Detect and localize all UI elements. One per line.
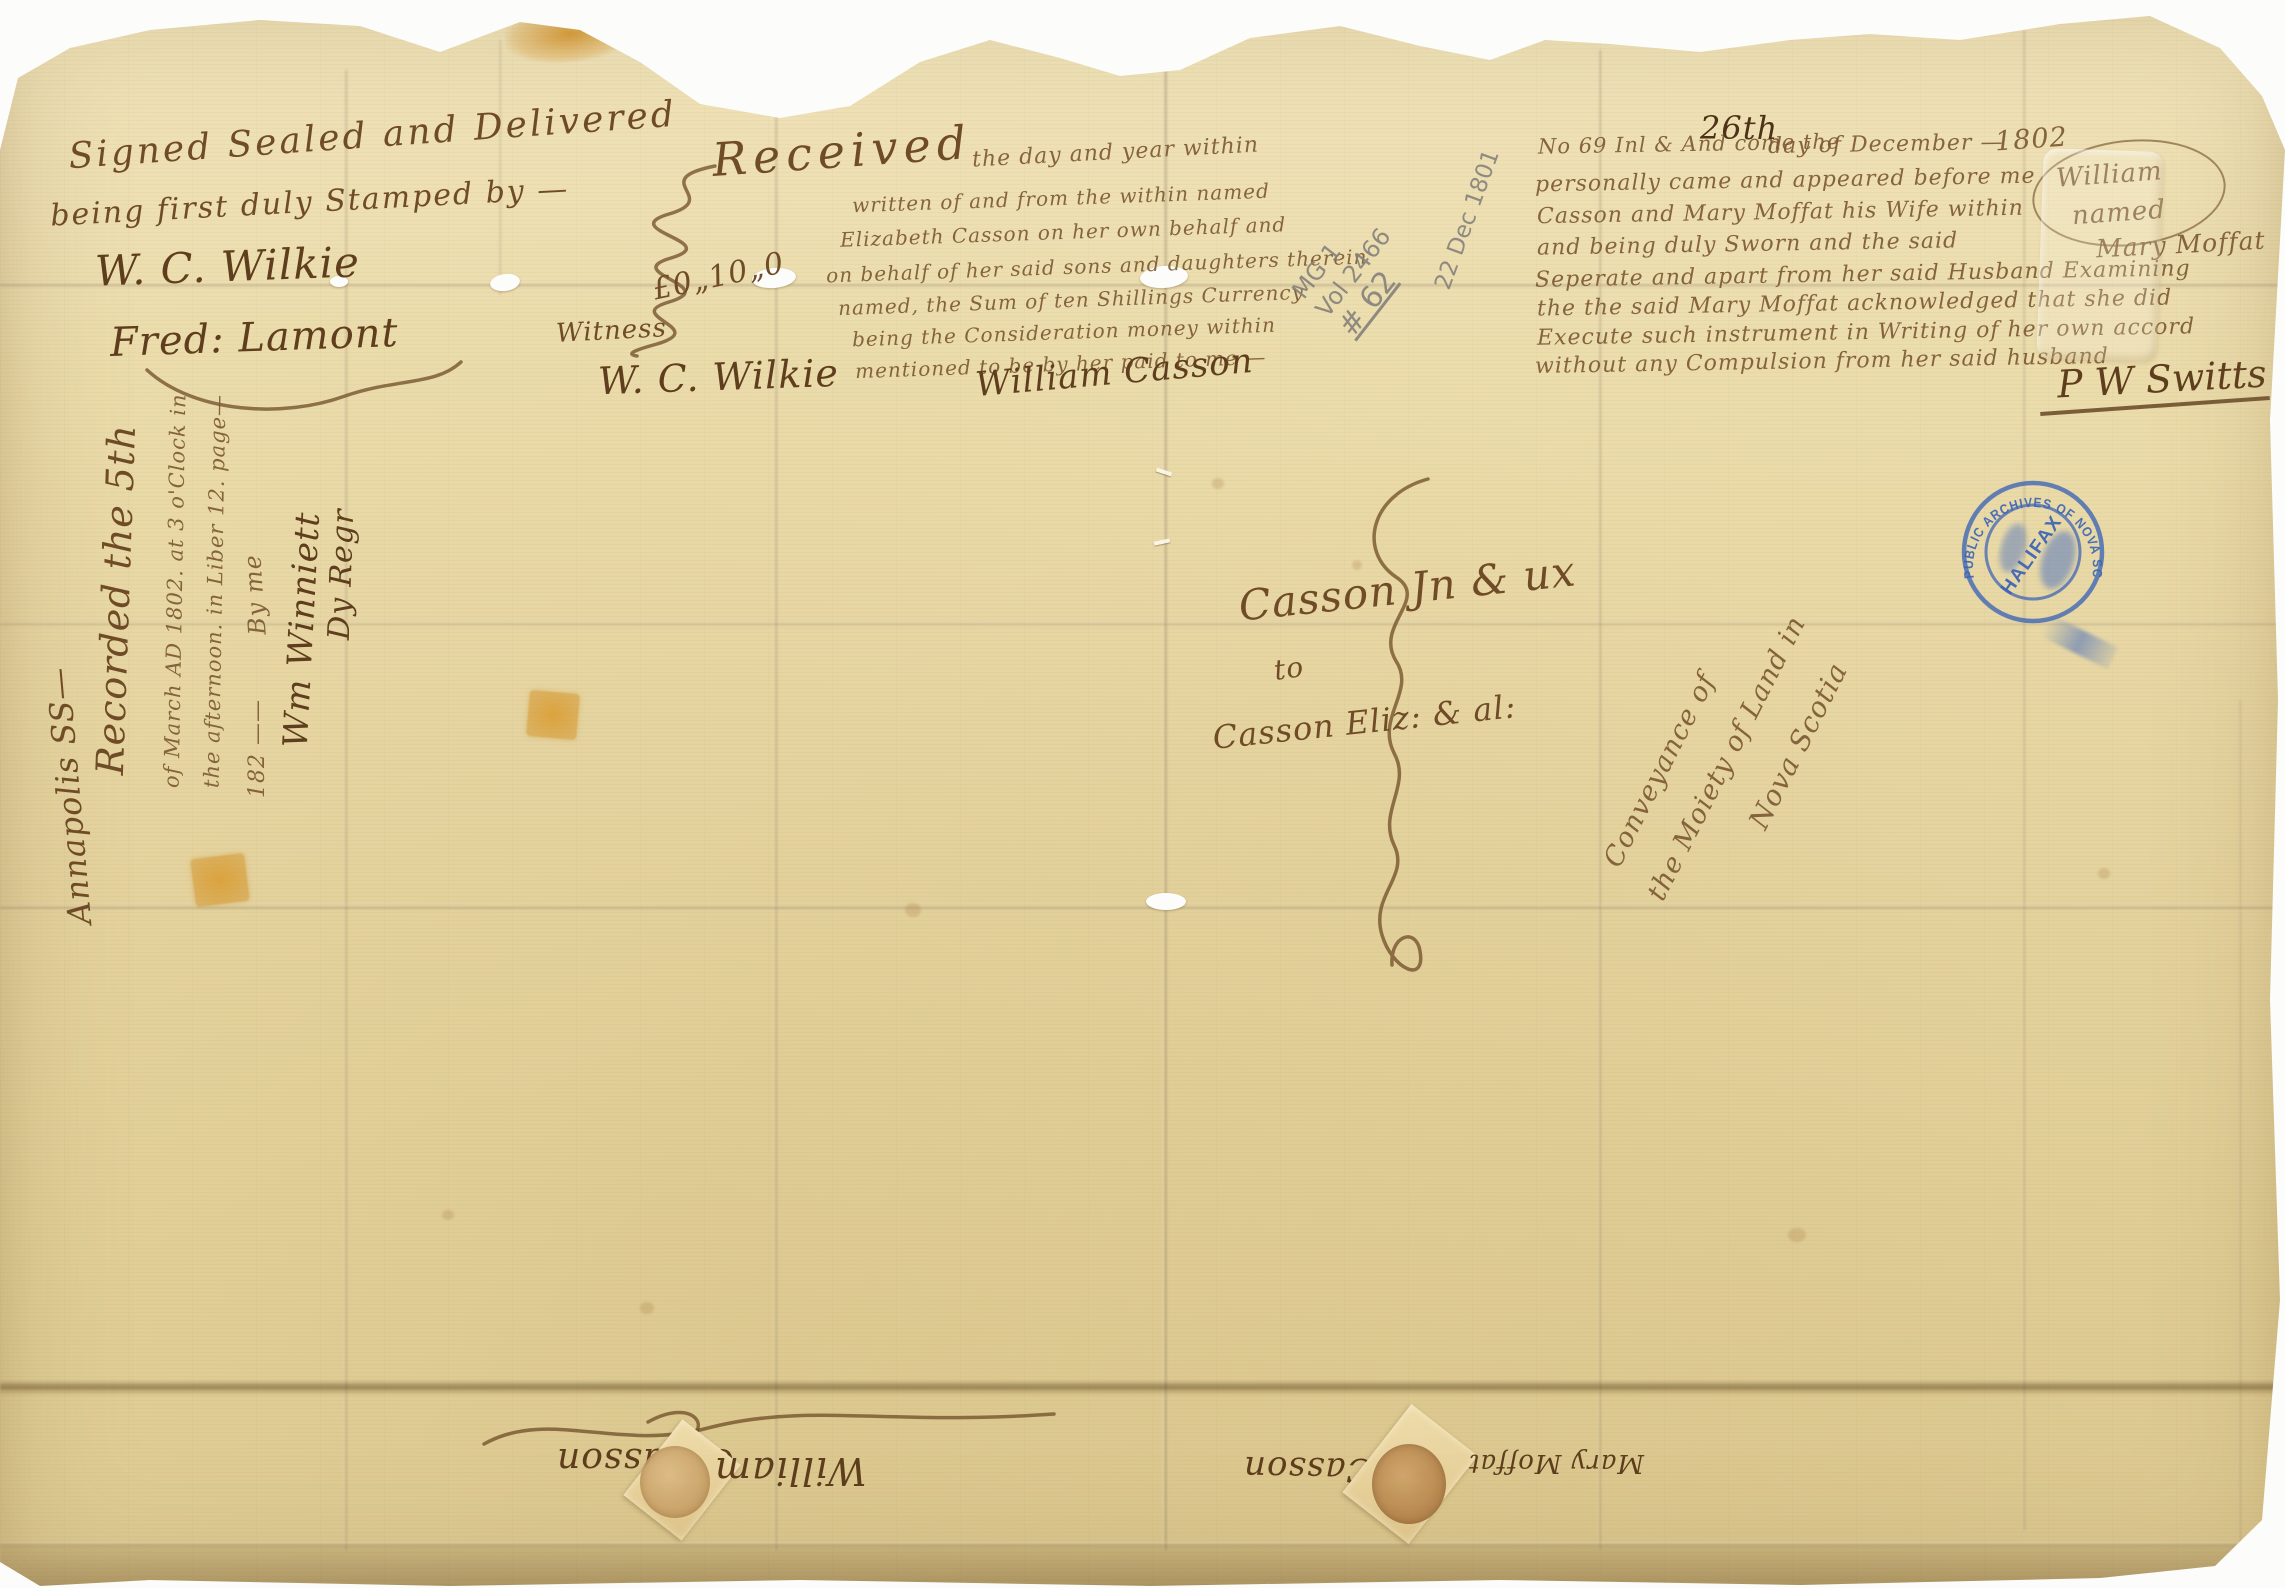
acknowledgment-day: 26th [1700, 112, 1778, 144]
recording-line-1: Recorded the 5th [91, 424, 141, 776]
docket-flourish-stroke [1374, 479, 1428, 970]
paper-tear [1146, 893, 1186, 910]
acknowledgment-line-4: and being duly Sworn and the said [1537, 230, 1959, 259]
fold-crease-vertical-5 [2022, 30, 2026, 1530]
foxing-spot [640, 1302, 654, 1314]
bottom-signature-william: William [714, 1452, 867, 1490]
docket-connector: to [1272, 653, 1306, 685]
foxing-spot [1212, 478, 1224, 489]
paper-tear [489, 272, 521, 293]
docket-subject-block: Conveyance of the Moiety of Land in Nova… [1595, 494, 1964, 959]
seal-wafer-2 [1372, 1444, 1446, 1524]
receipt-lead-word: Received [711, 119, 974, 183]
seal-wafer-1 [640, 1446, 710, 1518]
orange-stain-square-1 [526, 690, 580, 740]
recording-by-me: By me [240, 553, 270, 635]
receipt-line-1: the day and year within [972, 135, 1260, 172]
registrar-title: Dy Regr [325, 508, 360, 640]
attestation-line-2: being first duly Stamped by — [50, 174, 570, 231]
pencil-reference-block: MG 1 Vol 2466 # 62 [1288, 206, 1422, 343]
acknowledgment-line-2: personally came and appeared before me [1535, 166, 2036, 197]
receipt-witness-signature: W. C. Wilkie [597, 354, 839, 400]
foxing-spot [2098, 868, 2110, 879]
recording-line-4: 182 —— [247, 699, 269, 798]
foxing-spot [1788, 1228, 1806, 1242]
flourish-stroke [147, 362, 461, 409]
ink-stain-top-small [612, 28, 646, 48]
bottom-fold-strip-shading [0, 1546, 2285, 1588]
recording-line-2: of March AD 1802. at 3 o'Clock in [162, 393, 190, 788]
receipt-line-5: named, the Sum of ten Shillings Currency [838, 282, 1304, 318]
fold-crease-right-edge [2238, 700, 2242, 1560]
recording-block: Annapolis SS— Recorded the 5th of March … [45, 420, 365, 940]
receipt-line-3: Elizabeth Casson on her own behalf and [840, 214, 1287, 250]
pencil-date: 22 Dec 1801 [1432, 147, 1504, 293]
foxing-spot [442, 1210, 454, 1220]
bottom-signature-mary-moffat: Mary Moffat [1468, 1450, 1644, 1476]
acknowledgment-line-3: Casson and Mary Moffat his Wife within [1537, 198, 2024, 228]
fold-crease-horizontal-4 [0, 1380, 2285, 1396]
registrar-signature: Wm Winniett [279, 511, 325, 749]
fold-crease-vertical-2 [774, 90, 778, 1550]
embossed-revenue-stamp [2036, 148, 2163, 362]
archives-stamp: PUBLIC ARCHIVES OF NOVA SCOTIA HALIFAX [1959, 478, 2107, 626]
receipt-line-2: written of and from the within named [852, 181, 1270, 216]
fold-crease-vertical-1b [498, 40, 502, 295]
recording-line-3: the afternoon. in Liber 12. page— [202, 394, 230, 788]
justice-signature: P W Switts [2056, 355, 2267, 404]
witness-signature-wilkie: W. C. Wilkie [94, 241, 360, 292]
foxing-spot [905, 903, 921, 917]
recording-county: Annapolis SS— [42, 666, 96, 926]
acknowledgment-line1-mid: day of December — [1768, 132, 2004, 158]
scanned-document-page: Signed Sealed and Delivered being first … [0, 0, 2285, 1588]
paper-sheet: Signed Sealed and Delivered being first … [0, 0, 2285, 1588]
witness-label: Witness [555, 315, 667, 347]
docket-flourish [1330, 465, 1460, 1025]
ink-stain-top [502, 0, 637, 69]
